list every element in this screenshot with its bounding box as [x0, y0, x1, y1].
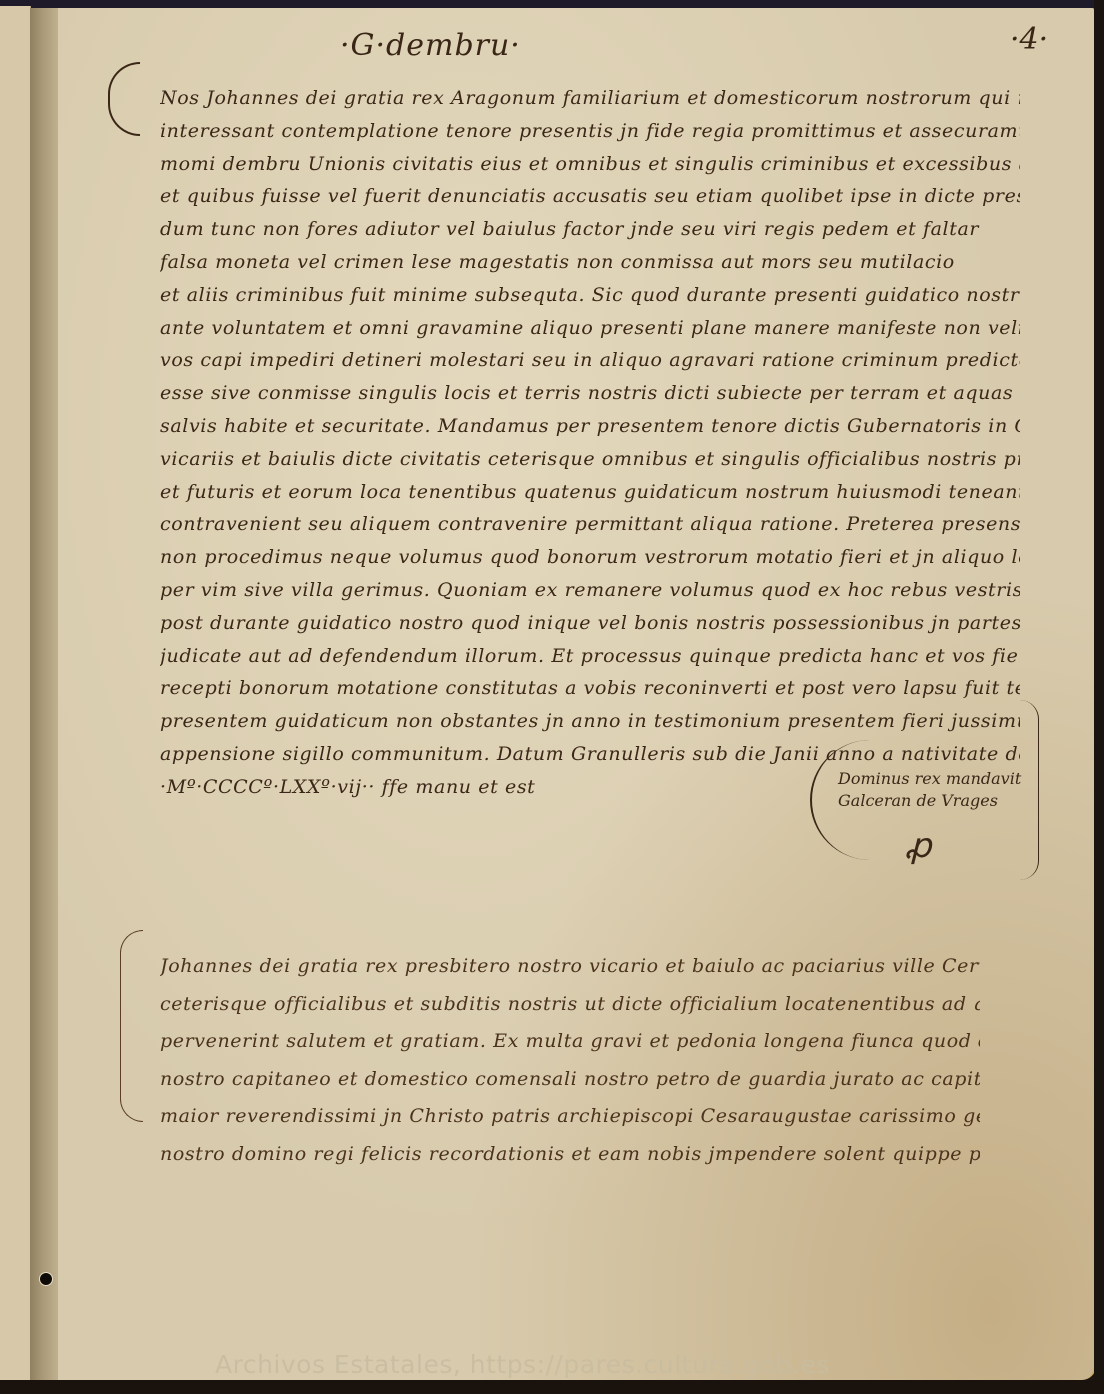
text-line: non procedimus neque volumus quod bonoru… [160, 541, 1020, 574]
text-line: recepti bonorum motatione constitutas a … [160, 672, 1020, 705]
previous-page-edge [0, 6, 31, 1380]
text-line: maior reverendissimi jn Christo patris a… [160, 1098, 980, 1136]
text-line: Nos Johannes dei gratia rex Aragonum fam… [160, 82, 1020, 115]
text-line: nostro domino regi felicis recordationis… [160, 1136, 980, 1174]
text-line: vicariis et baiulis dicte civitatis cete… [160, 443, 1020, 476]
text-line: salvis habite et securitate. Mandamus pe… [160, 410, 1020, 443]
subscription-note: Dominus rex mandavit Galceran de Vrages [838, 768, 1028, 812]
archive-watermark: Archivos Estatales, https://pares.cultur… [215, 1350, 830, 1379]
binding-gutter [30, 8, 60, 1380]
text-line: et aliis criminibus fuit minime subsequt… [160, 279, 1020, 312]
scan-bottom-border [0, 1380, 1104, 1394]
text-line: dum tunc non fores adiutor vel baiulus f… [160, 213, 1020, 246]
subscription-line: Galceran de Vrages [838, 790, 1028, 812]
text-line: vos capi impediri detineri molestari seu… [160, 344, 1020, 377]
text-line: ante voluntatem et omni gravamine aliquo… [160, 312, 1020, 345]
text-line: interessant contemplatione tenore presen… [160, 115, 1020, 148]
text-line: ceterisque officialibus et subditis nost… [160, 986, 980, 1024]
text-line: judicate aut ad defendendum illorum. Et … [160, 640, 1020, 673]
text-line: appensione sigillo communitum. Datum Gra… [160, 738, 1020, 771]
text-line: esse sive conmisse singulis locis et ter… [160, 377, 1020, 410]
entry-2-text: Johannes dei gratia rex presbitero nostr… [160, 948, 980, 1173]
subscription-line: Dominus rex mandavit [838, 768, 1028, 790]
scan-right-border [1094, 0, 1104, 1394]
text-line: contravenient seu aliquem contravenire p… [160, 508, 1020, 541]
text-line: et quibus fuisse vel fuerit denunciatis … [160, 180, 1020, 213]
folio-number: ·4· [1010, 22, 1048, 57]
binding-hole [40, 1273, 52, 1285]
text-line: presentem guidaticum non obstantes jn an… [160, 705, 1020, 738]
text-line: falsa moneta vel crimen lese magestatis … [160, 246, 1020, 279]
text-line: post durante guidatico nostro quod iniqu… [160, 607, 1020, 640]
text-line: per vim sive villa gerimus. Quoniam ex r… [160, 574, 1020, 607]
text-line: et futuris et eorum loca tenentibus quat… [160, 476, 1020, 509]
entry-1-text: Nos Johannes dei gratia rex Aragonum fam… [160, 82, 1020, 804]
text-line: nostro capitaneo et domestico comensali … [160, 1061, 980, 1099]
text-line: momi dembru Unionis civitatis eius et om… [160, 148, 1020, 181]
page-heading: ·G·dembru· [340, 28, 521, 63]
entry-2-margin-bracket [120, 930, 143, 1122]
notary-mark: ꝓ [905, 826, 931, 866]
text-line: Johannes dei gratia rex presbitero nostr… [160, 948, 980, 986]
text-line: pervenerint salutem et gratiam. Ex multa… [160, 1023, 980, 1061]
